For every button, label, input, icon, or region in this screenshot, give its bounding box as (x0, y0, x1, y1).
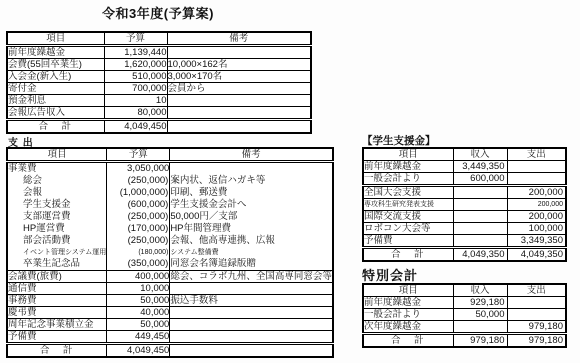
table-row: 前年度繰越金1,139,440 (7, 46, 311, 59)
cell-item: 全国大会支援 (363, 186, 453, 199)
student-support-section-label: 【学生支援金】 (362, 133, 436, 148)
cell-budget: 510,000 (104, 71, 167, 83)
cell-item: 会費(55回卒業生) (7, 59, 104, 71)
cell-item: 周年記念事業積立金 (7, 318, 107, 330)
cell-item: 合 計 (7, 343, 107, 357)
table-row: 国際交流支援200,000 (363, 211, 566, 223)
cell-expense (507, 309, 566, 321)
cell-income: 3,449,350 (453, 161, 507, 173)
cell-note (170, 330, 333, 343)
expense-table: 項目 予算 備考 事業費3,050,000総会(250,000)案内状、返信ハガ… (6, 147, 334, 358)
table-row: 会議費(旅費)400,000総会、コラボ九州、全国高専同窓会等 (7, 270, 333, 282)
table-row: 支部運営費(250,000)50,000円／支部 (7, 210, 333, 222)
table-row: 前年度繰越金3,449,350 (363, 161, 566, 173)
cell-item: 専攻科生研究発表支援 (363, 199, 453, 211)
table-row: 周年記念事業積立金50,000 (7, 318, 333, 330)
income-total-row: 合 計 4,049,450 (7, 120, 311, 134)
page-title: 令和3年度(予算案) (6, 3, 310, 22)
cell-note: 10,000×162名 (167, 59, 311, 71)
table-row: 前年度繰越金929,180 (363, 297, 566, 309)
cell-item: 寄付金 (7, 83, 104, 95)
table-row: 予備費3,349,350 (363, 235, 566, 248)
cell-item: 会報広告収入 (7, 107, 104, 120)
cell-note: 印刷、郵送費 (170, 186, 333, 198)
table-header-row: 項目 収入 支出 (363, 148, 566, 161)
table-row: 予備費449,450 (7, 330, 333, 343)
cell-item: 入会金(新入生) (7, 71, 104, 83)
cell-expense: 200,000 (507, 199, 566, 211)
cell-budget: 4,049,450 (104, 120, 167, 134)
cell-item: 前年度繰越金 (363, 297, 453, 309)
cell-item: 予備費 (7, 330, 107, 343)
cell-item: 前年度繰越金 (363, 161, 453, 173)
cell-budget: 50,000 (107, 294, 170, 306)
cell-income (453, 211, 507, 223)
cell-budget: 4,049,450 (107, 343, 170, 357)
header-item: 項目 (363, 284, 453, 297)
table-row: 事業費3,050,000 (7, 162, 333, 175)
table-row: 次年度繰越金979,180 (363, 321, 566, 334)
cell-budget: 400,000 (107, 270, 170, 282)
budget-document-page: { "title": "令和3年度(予算案)", "labels": { "ex… (0, 0, 580, 363)
table-header-row: 項目 予算 備考 (7, 148, 333, 162)
table-row: 学生支援金(600,000)学生支援金会計へ (7, 198, 333, 210)
header-income: 収入 (453, 284, 507, 297)
cell-income (453, 186, 507, 199)
table-row: 卒業生記念品(350,000)同窓会名簿追録版贈 (7, 258, 333, 270)
cell-note: 案内状、返信ハガキ等 (170, 174, 333, 186)
cell-item: 事務費 (7, 294, 107, 306)
cell-income: 979,180 (453, 334, 507, 348)
expense-total-row: 合 計 4,049,450 (7, 343, 333, 357)
cell-expense (507, 297, 566, 309)
cell-expense (507, 161, 566, 173)
cell-budget: 1,139,440 (104, 46, 167, 59)
cell-item: 合 計 (363, 248, 453, 262)
student-support-table: 項目 収入 支出 前年度繰越金3,449,350一般会計より600,000全国大… (362, 147, 567, 262)
cell-item: 総会 (7, 174, 107, 186)
cell-item: 卒業生記念品 (7, 258, 107, 270)
cell-budget: 80,000 (104, 107, 167, 120)
header-budget: 予算 (104, 32, 167, 46)
cell-budget: (250,000) (107, 210, 170, 222)
table-header-row: 項目 予算 備考 (7, 32, 311, 46)
table-row: 一般会計より600,000 (363, 173, 566, 186)
cell-income (453, 223, 507, 235)
cell-budget: (170,000) (107, 222, 170, 234)
cell-note (170, 282, 333, 294)
header-item: 項目 (363, 148, 453, 161)
table-row: 全国大会支援200,000 (363, 186, 566, 199)
cell-expense: 979,180 (507, 334, 566, 348)
cell-income: 4,049,350 (453, 248, 507, 262)
cell-note: 学生支援金会計へ (170, 198, 333, 210)
cell-budget: 40,000 (107, 306, 170, 318)
cell-item: 学生支援金 (7, 198, 107, 210)
cell-note (167, 46, 311, 59)
cell-expense: 3,349,350 (507, 235, 566, 248)
header-note: 備考 (170, 148, 333, 162)
student-support-total-row: 合 計 4,049,350 4,049,350 (363, 248, 566, 262)
cell-budget: 3,050,000 (107, 162, 170, 175)
cell-item: 前年度繰越金 (7, 46, 104, 59)
cell-budget: (1,000,000) (107, 186, 170, 198)
cell-item: 会報 (7, 186, 107, 198)
cell-item: 支部運営費 (7, 210, 107, 222)
cell-income (453, 235, 507, 248)
table-row: 通信費10,000 (7, 282, 333, 294)
cell-item: 次年度繰越金 (363, 321, 453, 334)
cell-budget: 10,000 (107, 282, 170, 294)
header-item: 項目 (7, 148, 107, 162)
cell-note: 同窓会名簿追録版贈 (170, 258, 333, 270)
cell-item: ロボコン大会等 (363, 223, 453, 235)
cell-item: 通信費 (7, 282, 107, 294)
table-row: 預金利息10 (7, 95, 311, 107)
cell-budget: (250,000) (107, 234, 170, 246)
cell-budget: (180,000) (107, 246, 170, 258)
cell-note: システム整備費 (170, 246, 333, 258)
cell-item: 慶弔費 (7, 306, 107, 318)
table-row: 事務費50,000振込手数料 (7, 294, 333, 306)
cell-note: 総会、コラボ九州、全国高専同窓会等 (170, 270, 333, 282)
cell-expense: 200,000 (507, 186, 566, 199)
cell-item: 合 計 (363, 334, 453, 348)
table-row: 会報(1,000,000)印刷、郵送費 (7, 186, 333, 198)
cell-budget: 10 (104, 95, 167, 107)
cell-item: 会議費(旅費) (7, 270, 107, 282)
cell-income: 50,000 (453, 309, 507, 321)
table-row: 会報広告収入80,000 (7, 107, 311, 120)
cell-budget: (350,000) (107, 258, 170, 270)
cell-note (170, 162, 333, 175)
header-income: 収入 (453, 148, 507, 161)
cell-income (453, 199, 507, 211)
table-row: 総会(250,000)案内状、返信ハガキ等 (7, 174, 333, 186)
special-account-table: 項目 収入 支出 前年度繰越金929,180一般会計より50,000次年度繰越金… (362, 283, 567, 348)
header-item: 項目 (7, 32, 104, 46)
cell-expense: 200,000 (507, 211, 566, 223)
cell-note: 会員から (167, 83, 311, 95)
table-row: 一般会計より50,000 (363, 309, 566, 321)
header-expense: 支出 (507, 148, 566, 161)
header-budget: 予算 (107, 148, 170, 162)
special-account-section-label: 特別会計 (362, 265, 418, 284)
cell-income (453, 321, 507, 334)
cell-item: HP運営費 (7, 222, 107, 234)
income-table: 項目 予算 備考 前年度繰越金1,139,440会費(55回卒業生)1,620,… (6, 31, 312, 134)
cell-item: 一般会計より (363, 309, 453, 321)
cell-item: 予備費 (363, 235, 453, 248)
table-row: ロボコン大会等100,000 (363, 223, 566, 235)
table-row: イベント管理システム運用(180,000)システム整備費 (7, 246, 333, 258)
cell-budget: (600,000) (107, 198, 170, 210)
cell-note: 振込手数料 (170, 294, 333, 306)
cell-income: 929,180 (453, 297, 507, 309)
cell-note (167, 107, 311, 120)
cell-item: 部会活動費 (7, 234, 107, 246)
cell-budget: 1,620,000 (104, 59, 167, 71)
cell-note: 3,000×170名 (167, 71, 311, 83)
header-expense: 支出 (507, 284, 566, 297)
cell-note: HP年間管理費 (170, 222, 333, 234)
table-row: 入会金(新入生)510,0003,000×170名 (7, 71, 311, 83)
special-account-total-row: 合 計 979,180 979,180 (363, 334, 566, 348)
header-note: 備考 (167, 32, 311, 46)
cell-note: 会報、他高専連携、広報 (170, 234, 333, 246)
cell-note (170, 306, 333, 318)
table-row: 部会活動費(250,000)会報、他高専連携、広報 (7, 234, 333, 246)
cell-item: 国際交流支援 (363, 211, 453, 223)
table-row: 寄付金700,000会員から (7, 83, 311, 95)
cell-expense: 4,049,350 (507, 248, 566, 262)
cell-budget: (250,000) (107, 174, 170, 186)
table-header-row: 項目 収入 支出 (363, 284, 566, 297)
table-row: 慶弔費40,000 (7, 306, 333, 318)
table-row: HP運営費(170,000)HP年間管理費 (7, 222, 333, 234)
cell-expense: 979,180 (507, 321, 566, 334)
table-row: 会費(55回卒業生)1,620,00010,000×162名 (7, 59, 311, 71)
cell-budget: 700,000 (104, 83, 167, 95)
cell-item: イベント管理システム運用 (7, 246, 107, 258)
cell-note (167, 95, 311, 107)
cell-budget: 50,000 (107, 318, 170, 330)
cell-item: 合 計 (7, 120, 104, 134)
cell-note (167, 120, 311, 134)
cell-note: 50,000円／支部 (170, 210, 333, 222)
cell-expense (507, 173, 566, 186)
cell-budget: 449,450 (107, 330, 170, 343)
cell-note (170, 343, 333, 357)
cell-expense: 100,000 (507, 223, 566, 235)
cell-income: 600,000 (453, 173, 507, 186)
cell-item: 一般会計より (363, 173, 453, 186)
cell-item: 預金利息 (7, 95, 104, 107)
cell-item: 事業費 (7, 162, 107, 175)
cell-note (170, 318, 333, 330)
table-row: 専攻科生研究発表支援200,000 (363, 199, 566, 211)
